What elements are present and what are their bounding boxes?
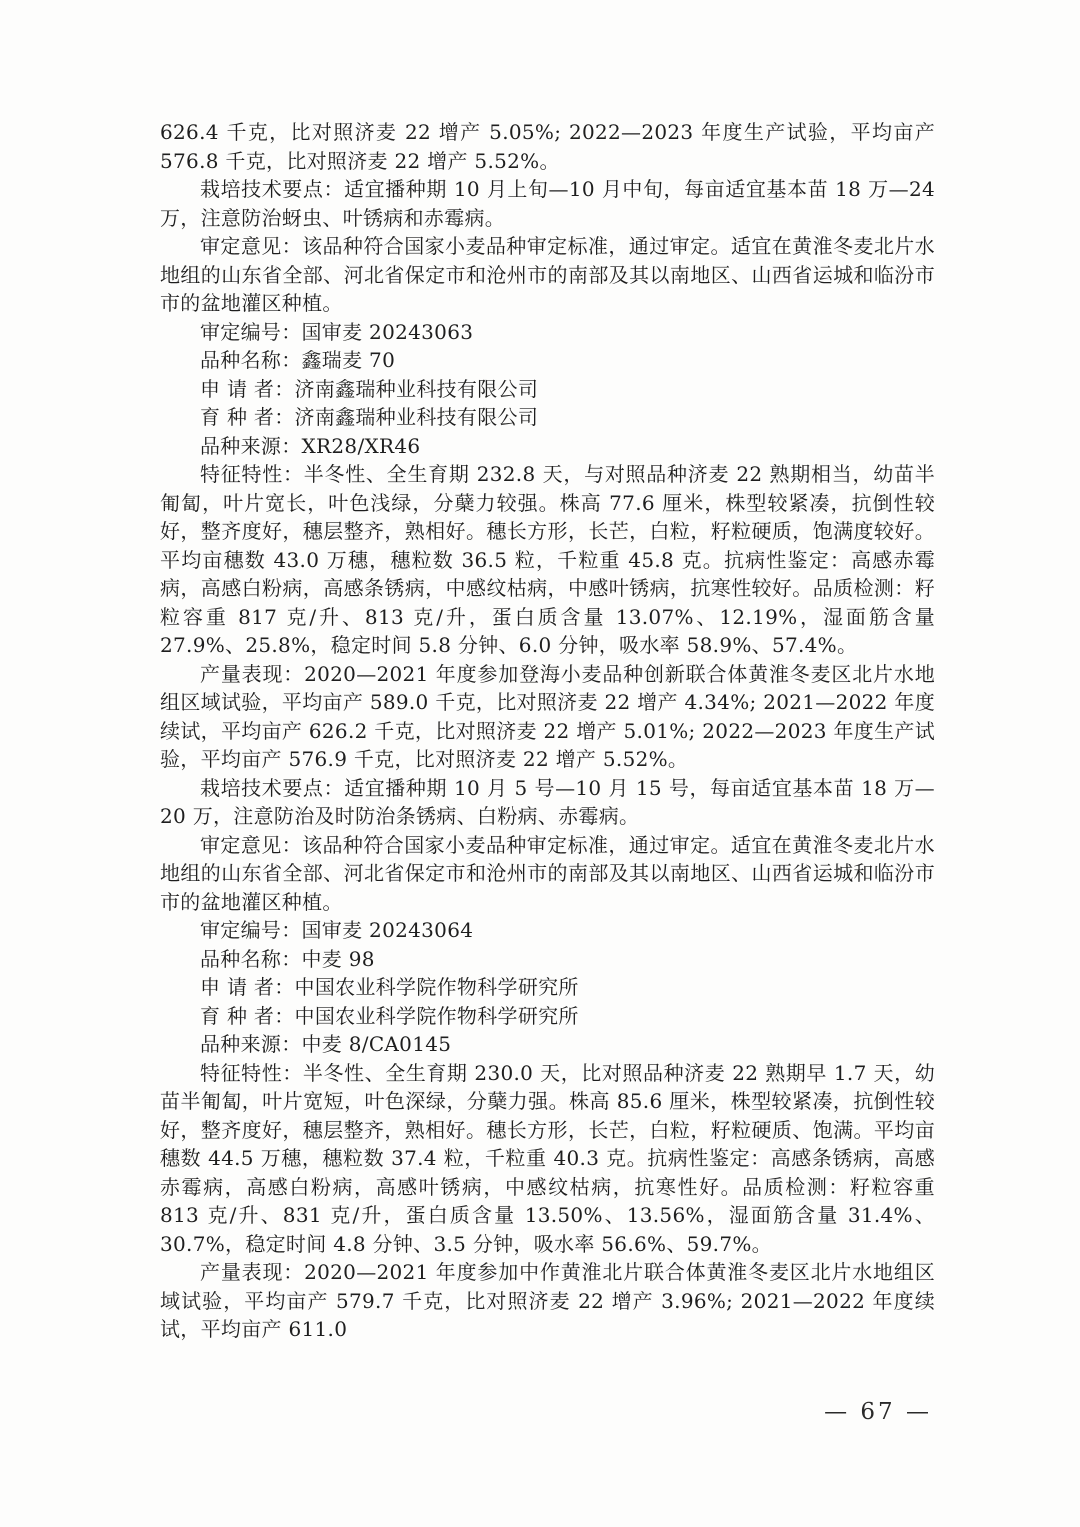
characteristics-paragraph: 特征特性：半冬性、全生育期 232.8 天，与对照品种济麦 22 熟期相当，幼苗… <box>160 460 935 660</box>
applicant-line: 申 请 者：中国农业科学院作物科学研究所 <box>160 973 935 1002</box>
approval-opinion-paragraph: 审定意见：该品种符合国家小麦品种审定标准，通过审定。适宜在黄淮冬麦北片水地组的山… <box>160 831 935 917</box>
yield-paragraph-continuation: 626.4 千克，比对照济麦 22 增产 5.05%; 2022—2023 年度… <box>160 118 935 175</box>
characteristics-paragraph: 特征特性：半冬性、全生育期 230.0 天，比对照品种济麦 22 熟期早 1.7… <box>160 1059 935 1259</box>
breeder-line: 育 种 者：中国农业科学院作物科学研究所 <box>160 1002 935 1031</box>
approval-number-line: 审定编号：国审麦 20243063 <box>160 318 935 347</box>
variety-source-line: 品种来源：XR28/XR46 <box>160 432 935 461</box>
variety-source-line: 品种来源：中麦 8/CA0145 <box>160 1030 935 1059</box>
approval-number-line: 审定编号：国审麦 20243064 <box>160 916 935 945</box>
page-number: — 67 — <box>824 1398 932 1427</box>
approval-opinion-paragraph: 审定意见：该品种符合国家小麦品种审定标准，通过审定。适宜在黄淮冬麦北片水地组的山… <box>160 232 935 318</box>
yield-performance-paragraph: 产量表现：2020—2021 年度参加中作黄淮北片联合体黄淮冬麦区北片水地组区域… <box>160 1258 935 1344</box>
variety-name-line: 品种名称：中麦 98 <box>160 945 935 974</box>
yield-performance-paragraph: 产量表现：2020—2021 年度参加登海小麦品种创新联合体黄淮冬麦区北片水地组… <box>160 660 935 774</box>
applicant-line: 申 请 者：济南鑫瑞种业科技有限公司 <box>160 375 935 404</box>
cultivation-notes-paragraph: 栽培技术要点：适宜播种期 10 月 5 号—10 月 15 号，每亩适宜基本苗 … <box>160 774 935 831</box>
variety-name-line: 品种名称：鑫瑞麦 70 <box>160 346 935 375</box>
cultivation-notes-paragraph: 栽培技术要点：适宜播种期 10 月上旬—10 月中旬，每亩适宜基本苗 18 万—… <box>160 175 935 232</box>
breeder-line: 育 种 者：济南鑫瑞种业科技有限公司 <box>160 403 935 432</box>
document-page: 626.4 千克，比对照济麦 22 增产 5.05%; 2022—2023 年度… <box>0 0 1080 1527</box>
